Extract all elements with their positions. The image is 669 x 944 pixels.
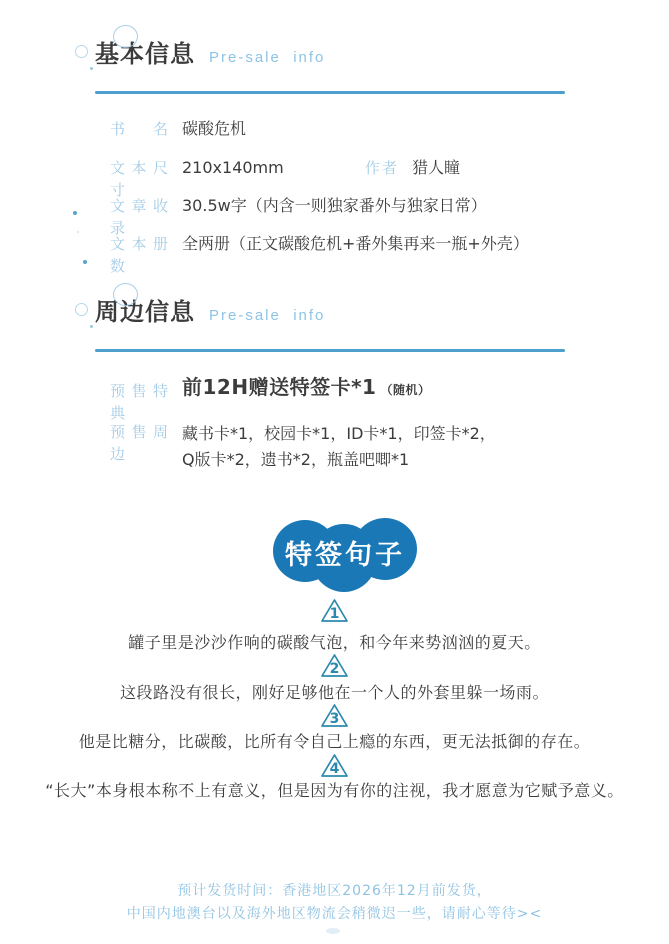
bottom-faint-mark — [326, 928, 340, 934]
field-label: 预售周边 — [110, 421, 168, 465]
field-label: 文本册数 — [110, 233, 168, 277]
field-label: 预售特典 — [110, 380, 168, 424]
numbered-triangle-icon-4: 4 — [320, 753, 349, 778]
field-label-author: 作者 — [365, 157, 397, 179]
numbered-triangle-icon-2: 2 — [320, 653, 349, 678]
field-value: 30.5w字（内含一则独家番外与独家日常） — [182, 195, 487, 217]
quotes-badge: 特签句子 — [271, 516, 419, 596]
divider-rule — [95, 91, 565, 94]
numbered-triangle-icon-1: 1 — [320, 598, 349, 623]
triangle-number: 2 — [330, 661, 340, 677]
items-line-2: Q版卡*2，遗书*2，瓶盖吧唧*1 — [182, 447, 496, 473]
numbered-triangle-icon-3: 3 — [320, 703, 349, 728]
presale-info-page: 基本信息 Pre-sale info 书名 碳酸危机 文本尺寸 210x140m… — [0, 0, 669, 944]
quote-line-1: 罐子里是沙沙作响的碳酸气泡，和今年来势汹汹的夏天。 — [0, 630, 669, 653]
bubble-decoration-icon — [113, 283, 138, 306]
quote-line-4: “长大”本身根本称不上有意义，但是因为有你的注视，我才愿意为它赋予意义。 — [0, 778, 669, 801]
divider-rule — [95, 349, 565, 352]
field-value-bonus: 前12H赠送特签卡*1（随机） — [182, 376, 430, 401]
footer-shipping-line-2: 中国内地澳台以及海外地区物流会稍微迟一些，请耐心等待>< — [0, 903, 669, 923]
bubble-decoration-icon — [75, 303, 88, 316]
field-value-items: 藏书卡*1，校园卡*1，ID卡*1，印签卡*2， Q版卡*2，遗书*2，瓶盖吧唧… — [182, 421, 496, 473]
bubble-dot-icon — [90, 67, 93, 70]
bubble-decoration-icon — [75, 45, 88, 58]
bonus-text: 前12H赠送特签卡*1 — [182, 375, 376, 399]
field-value-author: 猎人瞳 — [412, 157, 460, 179]
triangle-number: 1 — [330, 606, 340, 622]
bubble-dot-icon — [83, 260, 87, 264]
field-label: 书名 — [110, 118, 168, 140]
items-line-1: 藏书卡*1，校园卡*1，ID卡*1，印签卡*2， — [182, 421, 496, 447]
section-subtitle-basic: Pre-sale info — [209, 49, 325, 66]
section-header-basic: 基本信息 Pre-sale info — [95, 40, 325, 68]
quote-line-2: 这段路没有很长，刚好足够他在一个人的外套里躲一场雨。 — [0, 680, 669, 703]
triangle-number: 4 — [330, 761, 340, 777]
section-title-peripheral: 周边信息 — [95, 298, 195, 326]
bubble-dot-icon — [90, 325, 93, 328]
bubble-decoration-icon — [113, 25, 138, 48]
footer-shipping-line-1: 预计发货时间：香港地区2026年12月前发货， — [0, 880, 669, 900]
field-value: 全两册（正文碳酸危机+番外集再来一瓶+外壳） — [182, 233, 529, 255]
section-subtitle-peripheral: Pre-sale info — [209, 307, 325, 324]
bonus-note: （随机） — [380, 383, 430, 397]
section-title-basic: 基本信息 — [95, 40, 195, 68]
bubble-dot-icon — [77, 231, 79, 233]
field-value: 碳酸危机 — [182, 118, 246, 140]
triangle-number: 3 — [330, 711, 340, 727]
badge-label: 特签句子 — [271, 533, 419, 572]
field-value: 210x140mm — [182, 157, 284, 179]
bubble-dot-icon — [73, 211, 77, 215]
section-header-peripheral: 周边信息 Pre-sale info — [95, 298, 325, 326]
quote-line-3: 他是比糖分，比碳酸，比所有令自己上瘾的东西，更无法抵御的存在。 — [0, 729, 669, 752]
